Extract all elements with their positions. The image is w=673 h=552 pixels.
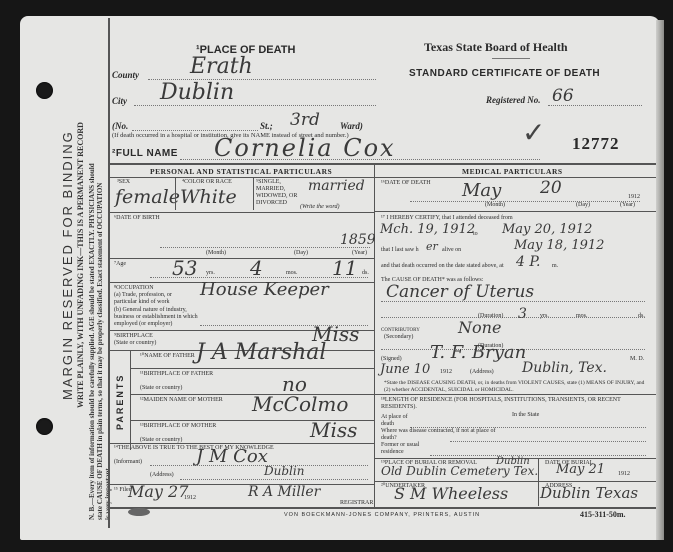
binding-hole-bottom	[36, 418, 53, 435]
last-saw-pronoun: er	[426, 240, 438, 253]
death-year: 1912	[628, 194, 640, 201]
occupation-b-label: (b) General nature of industry, business…	[114, 307, 200, 328]
rule	[375, 177, 656, 178]
physician-signature: T. F. Bryan	[430, 342, 526, 363]
physician-address-label: (Address)	[470, 369, 494, 376]
registrar-signature: R A Miller	[248, 484, 320, 500]
center-rule	[374, 165, 375, 507]
binding-hole-top	[36, 82, 53, 99]
age-years-label: yrs.	[206, 270, 215, 277]
county-label: County	[112, 70, 139, 80]
father-birthplace-sublabel: (State or country)	[140, 385, 182, 392]
city-label: City	[112, 96, 127, 106]
duration-months-label: mos.	[576, 313, 588, 320]
md-label: M. D.	[630, 356, 644, 363]
certificate-title: STANDARD CERTIFICATE OF DEATH	[409, 68, 600, 79]
rule	[375, 394, 656, 395]
former-residence-line	[430, 454, 646, 456]
margin-rule	[108, 18, 110, 528]
occupation-value: House Keeper	[200, 279, 329, 300]
write-plainly-note: WRITE PLAINLY, WITH UNFADING INK—THIS IS…	[76, 122, 85, 408]
death-day-label: (Day)	[576, 202, 590, 209]
attended-from: Mch. 19, 1912	[380, 222, 475, 237]
city-value: Dublin	[160, 80, 234, 105]
rule	[175, 178, 176, 210]
street-number-label: (No.	[112, 121, 128, 131]
rule	[375, 211, 656, 212]
form-number: 415-311-50m.	[580, 510, 626, 519]
rule	[375, 481, 656, 482]
occupation-label: ⁸OCCUPATION	[114, 285, 154, 292]
birthplace-label: ⁹BIRTHPLACE	[114, 333, 153, 340]
attended-to-label: to	[473, 231, 478, 238]
dob-line	[160, 246, 370, 248]
street-line	[132, 129, 258, 131]
full-name-value: Cornelia Cox	[214, 134, 396, 162]
sex-label: ³SEX	[117, 179, 130, 186]
age-label: ⁷Age	[114, 261, 126, 268]
informant-value: J M Cox	[196, 446, 268, 467]
registered-label: Registered No.	[486, 95, 541, 105]
last-saw-suffix: alive on	[442, 247, 461, 254]
marital-note: (Write the word)	[300, 204, 339, 211]
check-mark-icon: ✓	[522, 116, 545, 150]
death-time-value: 4 P.	[516, 254, 540, 270]
binding-margin-note: MARGIN RESERVED FOR BINDING	[60, 130, 75, 400]
ward-label: Ward)	[340, 121, 363, 131]
contributory-label: CONTRIBUTORY	[381, 327, 420, 334]
last-saw-prefix: that I last saw h	[381, 247, 419, 254]
registered-number: 66	[552, 86, 574, 106]
rule	[538, 458, 539, 506]
death-time-suffix: m.	[552, 263, 558, 270]
duration-years: 3	[518, 306, 527, 322]
page-edge	[656, 20, 664, 540]
sex-value: female	[115, 186, 180, 208]
mother-birthplace-value: Miss	[310, 418, 357, 442]
death-year-label: (Year)	[620, 202, 635, 209]
street-label: St.;	[260, 121, 273, 131]
attended-to: May 20, 1912	[502, 222, 592, 237]
parents-label: PARENTS	[115, 374, 125, 430]
duration-years-label: yrs.	[540, 313, 549, 320]
nb-note-line1: N. B.—Every item of information should b…	[88, 163, 96, 520]
last-saw-date: May 18, 1912	[514, 238, 604, 253]
death-month-label: (Month)	[485, 202, 505, 209]
dob-month-label: (Month)	[206, 250, 226, 257]
nb-note-line2: state CAUSE OF DEATH in plain terms, so …	[96, 183, 104, 520]
marital-value: married	[308, 178, 365, 194]
age-months: 4	[250, 256, 263, 280]
full-name-label: ²FULL NAME	[112, 148, 178, 159]
personal-heading: PERSONAL AND STATISTICAL PARTICULARS	[150, 167, 332, 176]
date-of-death-label: ¹⁶DATE OF DEATH	[381, 180, 431, 187]
death-day: 20	[540, 178, 562, 198]
age-days: 11	[332, 256, 357, 280]
bottom-rule	[110, 507, 656, 509]
age-days-label: ds.	[362, 270, 369, 277]
age-years: 53	[172, 256, 197, 280]
undertaker-value: S M Wheeless	[394, 484, 508, 503]
certificate-number: 12772	[572, 134, 620, 154]
father-birthplace-label: ¹¹BIRTHPLACE OF FATHER	[140, 371, 213, 378]
birthplace-sublabel: (State or country)	[114, 340, 156, 347]
filed-date: May 27	[128, 482, 188, 501]
residence-label: ¹⁸LENGTH OF RESIDENCE (FOR HOSPITALS, IN…	[381, 397, 649, 411]
date-of-death-line	[410, 200, 640, 202]
death-month: May	[462, 180, 501, 201]
informant-address-label: (Address)	[150, 472, 174, 479]
signed-year: 1912	[440, 369, 452, 376]
father-name-value: J A Marshal	[196, 340, 326, 365]
rule	[110, 443, 374, 444]
registrar-label: REGISTRAR	[340, 500, 373, 507]
rule	[130, 350, 131, 450]
contracted-line	[450, 440, 646, 442]
age-months-label: mos.	[286, 270, 298, 277]
medical-heading: MEDICAL PARTICULARS	[462, 167, 563, 176]
cause-line-2	[381, 316, 645, 318]
in-state-label: In the State	[512, 412, 542, 419]
informant-address-value: Dublin	[264, 464, 304, 478]
union-label-icon	[128, 508, 150, 516]
mother-birthplace-label: ¹³BIRTHPLACE OF MOTHER	[140, 423, 216, 430]
board-of-health-title: Texas State Board of Health	[424, 40, 568, 55]
certify-text: ¹⁷ I HEREBY CERTIFY, that I attended dec…	[381, 215, 513, 222]
contributory-value: None	[458, 318, 501, 337]
burial-date: May 21	[556, 462, 605, 477]
informant-address-line	[180, 478, 368, 480]
cause-footnote: *State the DISEASE CAUSING DEATH, or, in…	[384, 380, 650, 394]
dob-label: ⁶DATE OF BIRTH	[114, 215, 160, 222]
death-time-text: and that death occurred on the date stat…	[381, 263, 504, 270]
county-value: Erath	[190, 54, 253, 79]
filed-year: 1912	[184, 495, 196, 502]
physician-address-value: Dublin, Tex.	[522, 360, 607, 376]
undertaker-address-value: Dublin Texas	[540, 484, 638, 502]
mother-name-value: McColmo	[252, 392, 348, 416]
marital-label: ⁵SINGLE, MARRIED, WIDOWED, OR DIVORCED	[256, 179, 306, 207]
race-label: ⁴COLOR OR RACE	[182, 179, 232, 186]
printer-credit: VON BOECKMANN-JONES COMPANY, PRINTERS, A…	[284, 512, 480, 518]
title-divider	[492, 58, 530, 59]
informant-label: (Informant)	[114, 459, 142, 466]
secondary-label: (Secondary)	[384, 334, 413, 341]
father-name-label: ¹⁰NAME OF FATHER	[140, 353, 195, 360]
burial-place-value: Old Dublin Cemetery Tex.	[381, 464, 538, 478]
occupation-a-label: (a) Trade, profession, or particular kin…	[114, 292, 186, 306]
rule	[253, 178, 254, 210]
mother-name-label: ¹²MAIDEN NAME OF MOTHER	[140, 397, 223, 404]
former-residence-label: Former or usual residence	[381, 442, 431, 456]
cause-of-death-value: Cancer of Uterus	[386, 282, 534, 302]
signed-date: June 10	[380, 362, 430, 377]
race-value: White	[180, 186, 237, 208]
duration-days-label: ds.	[638, 313, 645, 320]
rule	[130, 368, 374, 369]
top-rule	[110, 163, 656, 165]
burial-year: 1912	[618, 471, 630, 478]
dob-year-value: 1859	[340, 232, 376, 248]
dob-day-label: (Day)	[294, 250, 308, 257]
rule	[110, 212, 374, 213]
ward-value: 3rd	[290, 110, 320, 130]
